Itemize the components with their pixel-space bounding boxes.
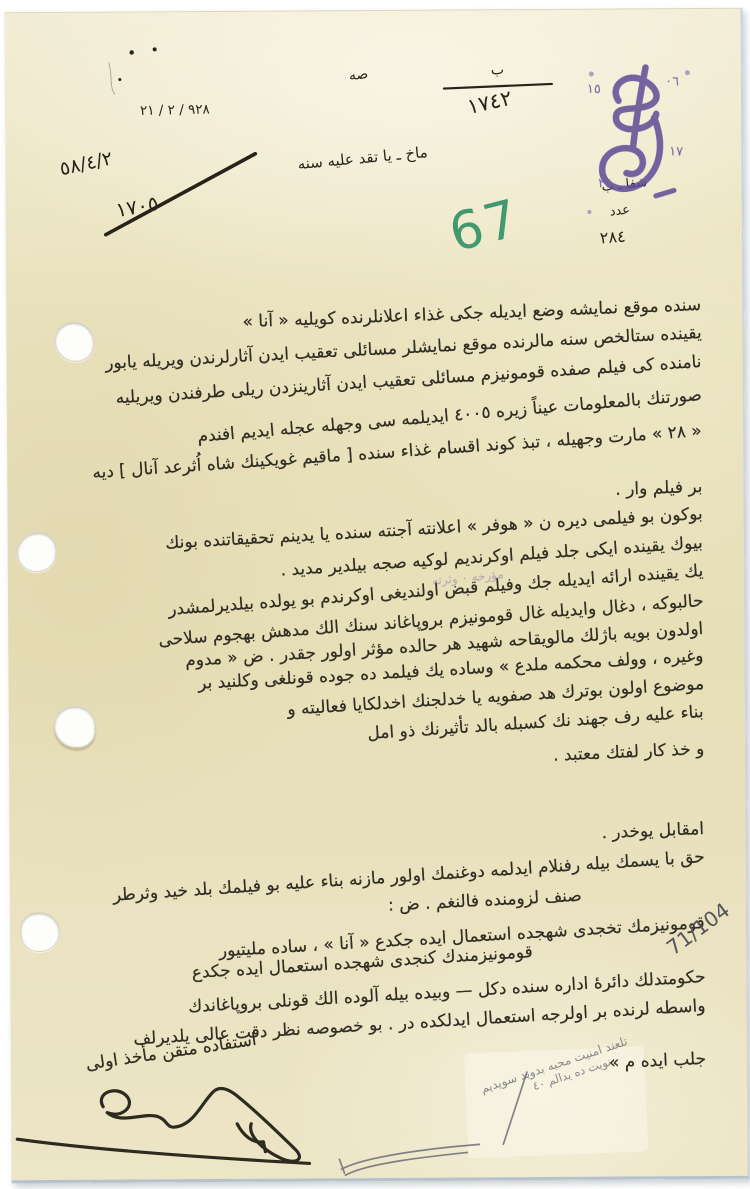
signature-layer [4,9,747,1180]
document-paper: صه ب ١٧٤٢ ٩٢٨ / ٢ / ٢١ ٥٨/٤/٢ ١٧٠٥ ماخ ـ… [4,8,749,1183]
scanned-document-scene: صه ب ١٧٤٢ ٩٢٨ / ٢ / ٢١ ٥٨/٤/٢ ١٧٠٥ ماخ ـ… [0,0,750,1189]
